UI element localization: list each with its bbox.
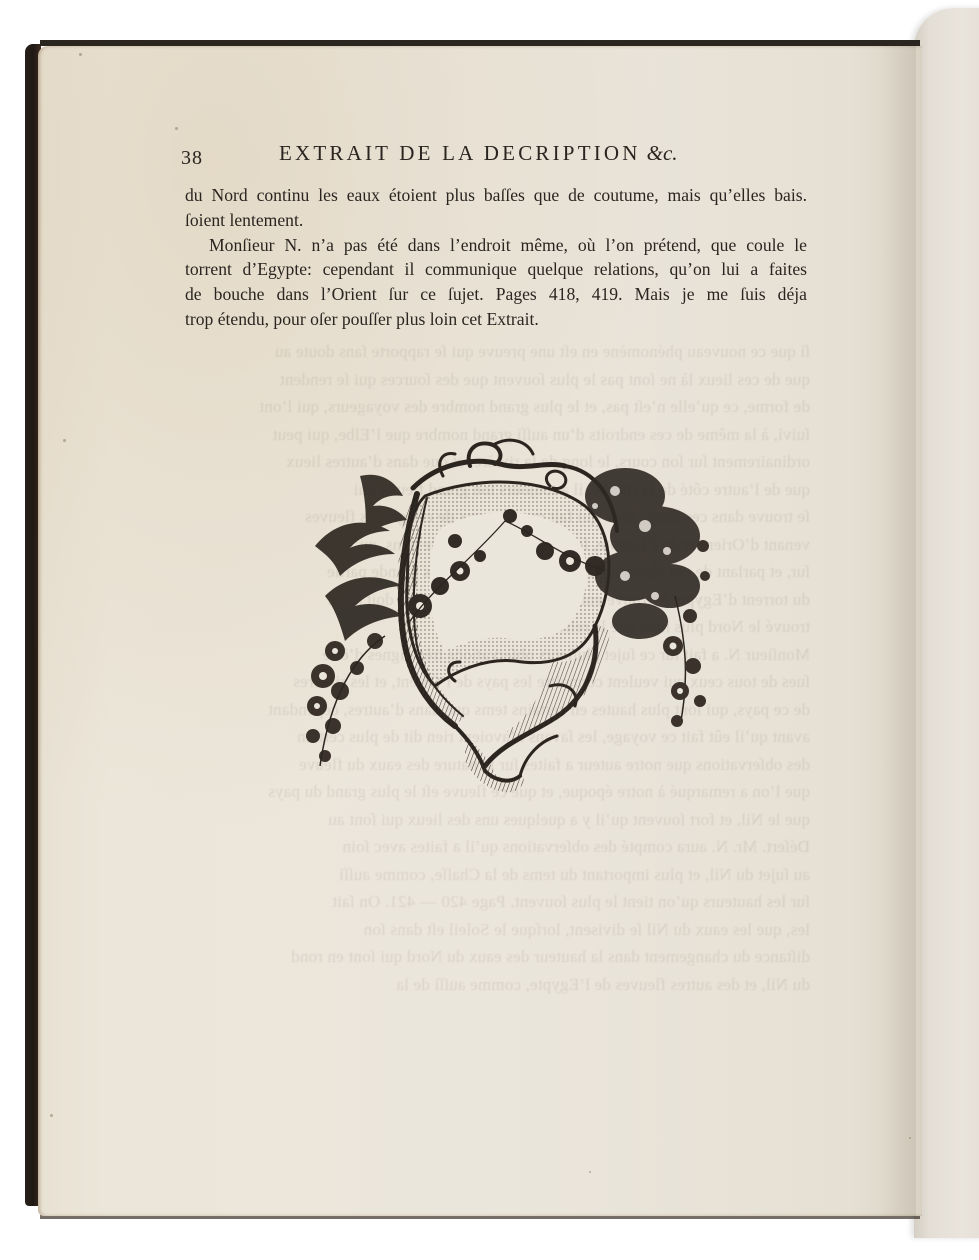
running-head-etc: &c. xyxy=(647,141,678,165)
text-line: trop étendu, pour oſer pouſſer plus loin… xyxy=(185,307,807,332)
foxing-spot xyxy=(589,1171,591,1173)
foxing-spot xyxy=(175,127,178,130)
facing-page-edge xyxy=(914,8,979,1238)
foxing-spot xyxy=(909,1137,911,1139)
text-line: du Nord continu les eaux étoient plus ba… xyxy=(185,183,807,208)
page-number: 38 xyxy=(181,147,203,170)
paragraph-2: Monſieur N. n’a pas été dans l’endroit m… xyxy=(185,233,807,332)
body-text: du Nord continu les eaux étoient plus ba… xyxy=(185,183,807,332)
foxing-spot xyxy=(50,1114,53,1117)
gutter-shadow xyxy=(880,46,916,1216)
cartouche-engraving-icon xyxy=(295,436,715,796)
text-line: Monſieur N. n’a pas été dans l’endroit m… xyxy=(185,233,807,258)
text-line: ſoient lentement. xyxy=(185,208,807,233)
running-head-title: EXTRAIT DE LA DECRIPTION&c. xyxy=(279,141,678,166)
text-line: torrent d’Egypte: cependant il communiqu… xyxy=(185,257,807,282)
paragraph-1: du Nord continu les eaux étoient plus ba… xyxy=(185,183,807,233)
foxing-spot xyxy=(63,439,66,442)
text-line: de bouche dans l’Orient ſur ce ſujet. Pa… xyxy=(185,282,807,307)
rococo-cartouche-ornament xyxy=(295,436,715,796)
running-head-text: EXTRAIT DE LA DECRIPTION xyxy=(279,141,641,165)
running-head: 38 EXTRAIT DE LA DECRIPTION&c. xyxy=(181,141,821,171)
foxing-spot xyxy=(79,53,82,56)
